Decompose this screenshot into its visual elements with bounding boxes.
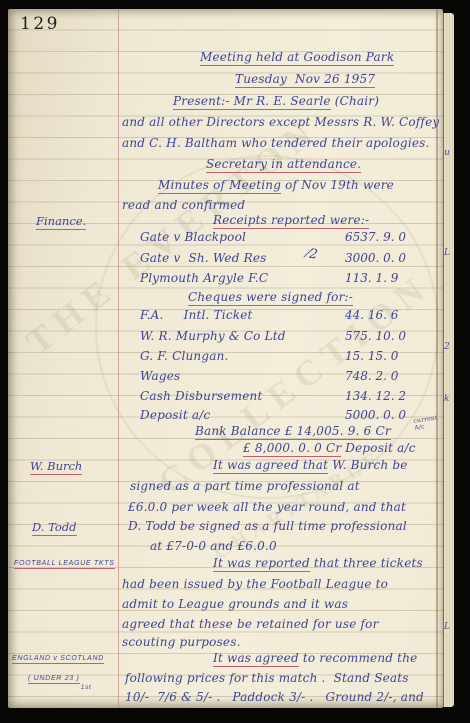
handwritten-text: to recommend the (299, 651, 418, 665)
minutes-line: Plymouth Argyle F.C113. 1. 9 (0, 271, 470, 289)
handwritten-text: scouting purposes. (122, 635, 241, 649)
minutes-line: Bank Balance £ 14,005. 9. 6 CrcurrentA/c (0, 424, 470, 442)
handwritten-line: D. Todd be signed as a full time profess… (128, 519, 407, 533)
handwritten-text: admit to League grounds and it was (122, 597, 348, 611)
handwritten-line: read and confirmed (122, 198, 245, 212)
handwritten-line: agreed that these be retained for use fo… (122, 617, 379, 631)
amount-value: 3000. 0. 0 (345, 251, 406, 265)
handwritten-line: Wages (140, 369, 180, 383)
handwritten-text: that three tickets (310, 556, 423, 570)
handwritten-line: Cheques were signed for:- (188, 290, 353, 304)
margin-label: W. Burch (30, 459, 82, 473)
handwritten-text: Present:- Mr R. E. Searle (173, 94, 331, 110)
handwritten-line: It was agreed that W. Burch be (213, 458, 408, 472)
edge-bleed-mark: L (444, 248, 453, 258)
handwritten-line: Meeting held at Goodison Park (200, 50, 394, 64)
minutes-line: 10/- 7/6 & 5/- . Paddock 3/- . Ground 2/… (0, 690, 470, 708)
handwritten-line: following prices for this match . Stand … (125, 671, 409, 685)
minutes-line: admit to League grounds and it was (0, 597, 470, 615)
handwritten-text: Wages (140, 369, 180, 383)
handwritten-text: Cheques were signed for:- (188, 290, 353, 306)
handwritten-text: Meeting held at Goodison Park (200, 50, 394, 66)
minutes-line: ENGLAND v SCOTLANDIt was agreed to recom… (0, 651, 470, 669)
margin-label: D. Todd (32, 520, 77, 534)
handwritten-line: Gate v Sh. Wed Res⁄2 (140, 251, 267, 265)
handwritten-text: It was agreed that (213, 458, 328, 474)
handwritten-text: Deposit a/c (140, 408, 210, 422)
margin-label-text: ( UNDER 23 ) (28, 675, 80, 684)
handwritten-line: had been issued by the Football League t… (122, 577, 388, 591)
minutes-line: Gate v Sh. Wed Res⁄23000. 0. 0 (0, 251, 470, 269)
amount-value: 15. 15. 0 (345, 349, 398, 363)
handwritten-line: and all other Directors except Messrs R.… (122, 115, 439, 129)
minutes-line: signed as a part time professional at (0, 479, 470, 497)
minutes-line: Minutes of Meeting of Nov 19th were (0, 178, 470, 196)
edge-bleed-mark: u (444, 148, 453, 158)
handwritten-line: G. F. Clungan. (140, 349, 229, 363)
handwritten-line: £6.0.0 per week all the year round, and … (128, 500, 406, 514)
edge-bleed-mark: k (444, 394, 453, 404)
minutes-line: Wages748. 2. 0 (0, 369, 470, 387)
minutes-line: agreed that these be retained for use fo… (0, 617, 470, 635)
margin-label: FOOTBALL LEAGUE TKTS (14, 560, 115, 567)
handwritten-line: Cash Disbursement (140, 389, 263, 403)
handwritten-text: Plymouth Argyle F.C (140, 271, 268, 285)
handwritten-text: W. R. Murphy & Co Ltd (140, 329, 286, 343)
handwritten-text: and all other Directors except Messrs R.… (122, 115, 439, 129)
minutes-line: and C. H. Baltham who tendered their apo… (0, 136, 470, 154)
handwritten-text: had been issued by the Football League t… (122, 577, 388, 591)
handwritten-text: Cash Disbursement (140, 389, 263, 403)
minutes-line: F.A. Intl. Ticket44. 16. 6 (0, 308, 470, 326)
amount-value: 575. 10. 0 (345, 329, 406, 343)
handwritten-text: £ 8,000. 0. 0 Cr (243, 441, 341, 457)
handwritten-text: Bank Balance £ 14,005. 9. 6 Cr (195, 424, 391, 440)
handwritten-text: Receipts reported were:- (213, 213, 369, 229)
handwritten-line: Gate v Blackpool (140, 230, 246, 244)
minutes-line: W. R. Murphy & Co Ltd575. 10. 0 (0, 329, 470, 347)
minutes-line: Cash Disbursement134. 12. 2 (0, 389, 470, 407)
amount-value: 44. 16. 6 (345, 308, 398, 322)
minutes-line: Tuesday Nov 26 1957 (0, 72, 470, 90)
minutes-line: G. F. Clungan.15. 15. 0 (0, 349, 470, 367)
amount-value: 748. 2. 0 (345, 369, 398, 383)
handwritten-text: £6.0.0 per week all the year round, and … (128, 500, 406, 514)
handwritten-line: Tuesday Nov 26 1957 (235, 72, 375, 86)
margin-label: ENGLAND v SCOTLAND (12, 655, 104, 662)
handwritten-text: signed as a part time professional at (130, 479, 360, 493)
handwritten-line: admit to League grounds and it was (122, 597, 348, 611)
handwritten-line: signed as a part time professional at (130, 479, 360, 493)
minutes-line: Gate v Blackpool6537. 9. 0 (0, 230, 470, 248)
edge-bleed-mark: 2 (444, 342, 453, 352)
margin-label-text: ENGLAND v SCOTLAND (12, 655, 104, 664)
handwritten-text: read and confirmed (122, 198, 245, 212)
handwritten-line: £ 8,000. 0. 0 Cr Deposit a/c (243, 441, 416, 455)
minutes-line: Meeting held at Goodison Park (0, 50, 470, 68)
handwritten-text: Secretary in attendance. (206, 157, 361, 173)
handwritten-text: G. F. Clungan. (140, 349, 229, 363)
minutes-line: £6.0.0 per week all the year round, and … (0, 500, 470, 518)
handwritten-text: following prices for this match . Stand … (125, 671, 409, 685)
handwritten-text: at £7-0-0 and £6.0.0 (150, 539, 277, 553)
handwritten-line: W. R. Murphy & Co Ltd (140, 329, 286, 343)
handwritten-text: Minutes of Meeting (158, 178, 281, 194)
minutes-line: £ 8,000. 0. 0 Cr Deposit a/c (0, 441, 470, 459)
photo-background: THE EVERTON COLLECTION CHARITABLE 129 Me… (0, 0, 470, 723)
handwritten-line: Bank Balance £ 14,005. 9. 6 CrcurrentA/c (195, 424, 391, 438)
margin-label-text: D. Todd (32, 520, 77, 536)
handwritten-line: Receipts reported were:- (213, 213, 369, 227)
handwritten-text: (Chair) (331, 94, 379, 108)
minutes-line: had been issued by the Football League t… (0, 577, 470, 595)
amount-value: 134. 12. 2 (345, 389, 406, 403)
handwritten-text: It was reported (213, 556, 310, 572)
handwritten-line: Deposit a/c (140, 408, 210, 422)
half-share-mark: ⁄2 (306, 246, 319, 262)
minutes-line: W. BurchIt was agreed that W. Burch be (0, 458, 470, 476)
handwritten-text: and C. H. Baltham who tendered their apo… (122, 136, 430, 150)
handwritten-line: at £7-0-0 and £6.0.0 (150, 539, 277, 553)
handwritten-text: W. Burch be (328, 458, 407, 472)
minutes-content: Meeting held at Goodison ParkTuesday Nov… (0, 0, 470, 723)
margin-label-text: FOOTBALL LEAGUE TKTS (14, 560, 115, 569)
handwritten-line: Plymouth Argyle F.C (140, 271, 268, 285)
handwritten-line: Present:- Mr R. E. Searle (Chair) (173, 94, 379, 108)
minutes-line: Secretary in attendance. (0, 157, 470, 175)
handwritten-line: Minutes of Meeting of Nov 19th were (158, 178, 394, 192)
edge-bleed-mark: L (444, 622, 453, 632)
minutes-line: Finance.Receipts reported were:- (0, 213, 470, 231)
handwritten-text: It was agreed (213, 651, 299, 667)
handwritten-line: 10/- 7/6 & 5/- . Paddock 3/- . Ground 2/… (125, 690, 424, 704)
handwritten-line: It was agreed to recommend the (213, 651, 417, 665)
margin-label-text: W. Burch (30, 459, 82, 475)
account-annotation: currentA/c (413, 415, 439, 431)
handwritten-line: scouting purposes. (122, 635, 241, 649)
handwritten-text: F.A. Intl. Ticket (140, 308, 253, 322)
margin-label: ( UNDER 23 )1st (28, 675, 80, 682)
minutes-line: Present:- Mr R. E. Searle (Chair) (0, 94, 470, 112)
handwritten-text: of Nov 19th were (281, 178, 394, 192)
minutes-line: at £7-0-0 and £6.0.0 (0, 539, 470, 557)
minutes-line: FOOTBALL LEAGUE TKTSIt was reported that… (0, 556, 470, 574)
handwritten-line: It was reported that three tickets (213, 556, 423, 570)
handwritten-text: Tuesday Nov 26 1957 (235, 72, 375, 88)
amount-value: 6537. 9. 0 (345, 230, 406, 244)
handwritten-text: D. Todd be signed as a full time profess… (128, 519, 407, 533)
handwritten-line: and C. H. Baltham who tendered their apo… (122, 136, 430, 150)
handwritten-text: Gate v Sh. Wed Res (140, 251, 267, 265)
handwritten-text: Gate v Blackpool (140, 230, 246, 244)
handwritten-line: Secretary in attendance. (206, 157, 361, 171)
handwritten-line: F.A. Intl. Ticket (140, 308, 253, 322)
handwritten-text: Deposit a/c (341, 441, 415, 455)
minutes-line: ( UNDER 23 )1stfollowing prices for this… (0, 671, 470, 689)
margin-label-text: Finance. (36, 214, 86, 230)
amount-value: 5000. 0. 0 (345, 408, 406, 422)
handwritten-text: agreed that these be retained for use fo… (122, 617, 379, 631)
margin-label: Finance. (36, 214, 86, 228)
handwritten-text: 10/- 7/6 & 5/- . Paddock 3/- . Ground 2/… (125, 690, 424, 704)
minutes-line: D. ToddD. Todd be signed as a full time … (0, 519, 470, 537)
amount-value: 113. 1. 9 (345, 271, 398, 285)
minutes-line: and all other Directors except Messrs R.… (0, 115, 470, 133)
minutes-line: Cheques were signed for:- (0, 290, 470, 308)
